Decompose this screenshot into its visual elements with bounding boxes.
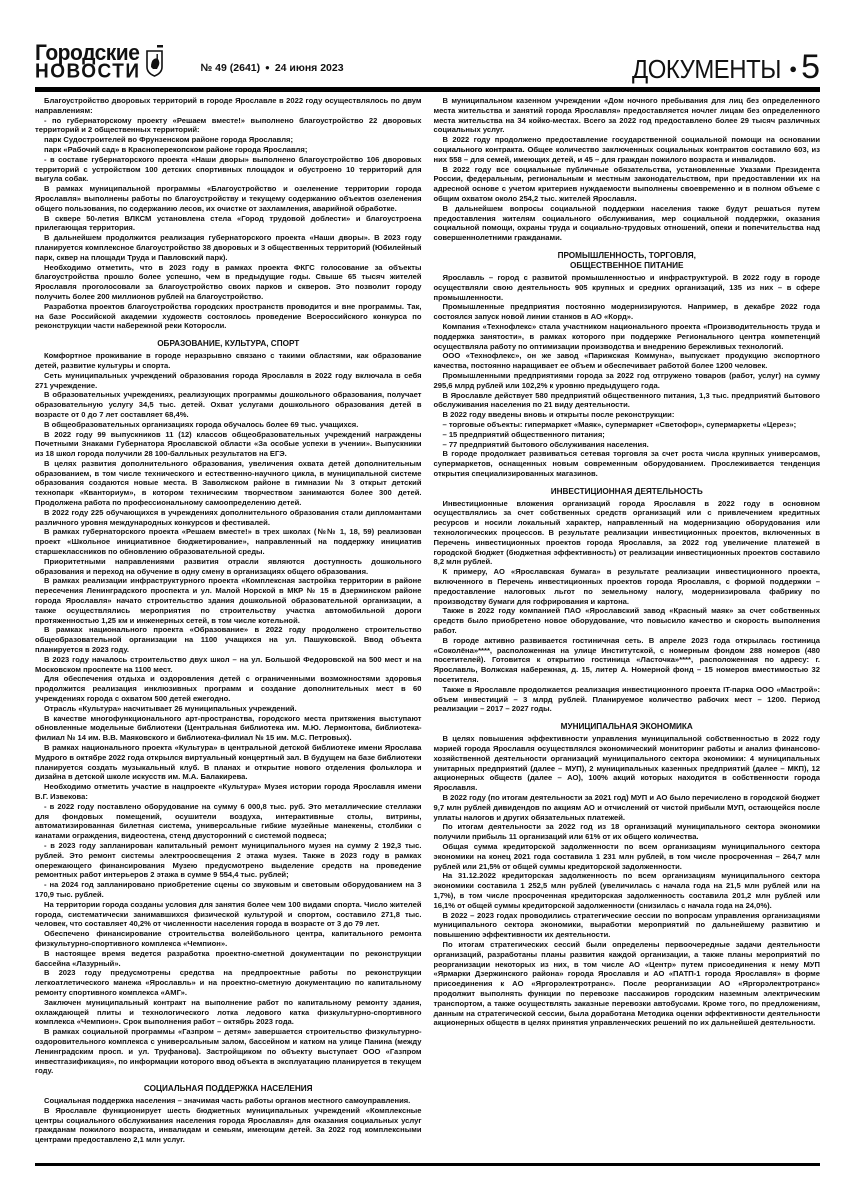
paragraph: В 2022 году продолжено предоставление го… [434, 135, 821, 164]
separator-dot: ● [263, 63, 272, 72]
issue-number: № 49 (2641) [201, 62, 261, 74]
section-heading: СОЦИАЛЬНАЯ ПОДДЕРЖКА НАСЕЛЕНИЯ [35, 1084, 422, 1094]
footer-rule [35, 1163, 820, 1166]
paragraph: Заключен муниципальный контракт на выпол… [35, 998, 422, 1027]
paragraph: К примеру, АО «Ярославская бумага» в рез… [434, 567, 821, 606]
paragraph: Также в 2022 году компанией ПАО «Ярослав… [434, 606, 821, 635]
paragraph: Разработка проектов благоустройства горо… [35, 302, 422, 331]
paragraph: В дальнейшем вопросы социальной поддержк… [434, 204, 821, 243]
yaroslavl-coat-of-arms-icon [146, 45, 163, 77]
page-number: 5 [801, 52, 820, 82]
paragraph: В качестве многофункционального арт-прос… [35, 714, 422, 743]
paragraph: В рамках социальной программы «Газпром –… [35, 1027, 422, 1076]
paragraph: В целях повышения эффективности управлен… [434, 734, 821, 793]
paragraph: В рамках губернаторского проекта «Решаем… [35, 527, 422, 556]
paragraph: В Ярославле функционирует шесть бюджетны… [35, 1106, 422, 1145]
paragraph: В 2022 году 99 выпускников 11 (12) класс… [35, 430, 422, 459]
paragraph: В настоящее время ведется разработка про… [35, 949, 422, 969]
paragraph: ООО «Технофлекс», он же завод «Парижская… [434, 351, 821, 371]
paragraph: В рамках реализации инфраструктурного пр… [35, 576, 422, 625]
section-heading: ОБРАЗОВАНИЕ, КУЛЬТУРА, СПОРТ [35, 339, 422, 349]
paragraph: Ярославль – город с развитой промышленно… [434, 273, 821, 302]
paragraph: В Ярославле действует 580 предприятий об… [434, 391, 821, 411]
paragraph: Для обеспечения отдыха и оздоровления де… [35, 674, 422, 703]
paragraph: Необходимо отметить участие в нацпроекте… [35, 782, 422, 802]
paragraph: – торговые объекты: гипермаркет «Маяк», … [434, 420, 821, 430]
paragraph: В образовательных учреждениях, реализующ… [35, 390, 422, 419]
section-label: ДОКУМЕНТЫ [632, 54, 781, 85]
paragraph: В 2022 году 225 обучающихся в учреждения… [35, 508, 422, 528]
paragraph: – 77 предприятий бытового обслуживания н… [434, 440, 821, 450]
paragraph: Отрасль «Культура» насчитывает 26 муници… [35, 704, 422, 714]
section-heading: ПРОМЫШЛЕННОСТЬ, ТОРГОВЛЯ,ОБЩЕСТВЕННОЕ ПИ… [434, 251, 821, 271]
paragraph: В общеобразовательных организациях город… [35, 420, 422, 430]
paragraph: - по губернаторскому проекту «Решаем вме… [35, 116, 422, 136]
section-heading: МУНИЦИПАЛЬНАЯ ЭКОНОМИКА [434, 722, 821, 732]
paragraph: В 2023 году предусмотрены средства на пр… [35, 968, 422, 997]
paragraph: - на 2024 год запланировано приобретение… [35, 880, 422, 900]
paragraph: В муниципальном казенном учреждении «Дом… [434, 96, 821, 135]
paragraph: В рамках муниципальной программы «Благоу… [35, 184, 422, 213]
paragraph: Комфортное проживание в городе неразрывн… [35, 351, 422, 371]
paragraph: - в 2023 году запланирован капитальный р… [35, 841, 422, 880]
paragraph: В 2022 году введены вновь и открыты посл… [434, 410, 821, 420]
paragraph: Промышленные предприятия постоянно модер… [434, 302, 821, 322]
paragraph: В 2023 году началось строительство двух … [35, 655, 422, 675]
paragraph: В дальнейшем продолжится реализация губе… [35, 233, 422, 262]
paragraph: В рамках национального проекта «Образова… [35, 625, 422, 654]
logo-text: Городские НОВОСТИ [35, 43, 141, 82]
paragraph: По итогам стратегических сессий были опр… [434, 940, 821, 1028]
article-body: Благоустройство дворовых территорий в го… [35, 96, 820, 1160]
paragraph: На 31.12.2022 кредиторская задолженность… [434, 871, 821, 910]
paragraph: Благоустройство дворовых территорий в го… [35, 96, 422, 116]
paragraph: Также в Ярославле продолжается реализаци… [434, 685, 821, 714]
paragraph: - в 2022 году поставлено оборудование на… [35, 802, 422, 841]
paragraph: Инвестиционные вложения организаций горо… [434, 499, 821, 568]
section-heading: ИНВЕСТИЦИОННАЯ ДЕЯТЕЛЬНОСТЬ [434, 487, 821, 497]
paragraph: В 2022 – 2023 годах проводились стратеги… [434, 911, 821, 940]
section-title: ДОКУМЕНТЫ ● 5 [619, 52, 820, 85]
paragraph: В сквере 50-летия ВЛКСМ установлена стел… [35, 214, 422, 234]
paragraph: На территории города созданы условия для… [35, 900, 422, 929]
paragraph: В целях развития дополнительного образов… [35, 459, 422, 508]
paragraph: Социальная поддержка населения – значима… [35, 1096, 422, 1106]
paragraph: В городе активно развивается гостиничная… [434, 636, 821, 685]
paragraph: Общая сумма кредиторской задолженности п… [434, 842, 821, 871]
paragraph: В городе продолжает развиваться сетевая … [434, 449, 821, 478]
paragraph: Необходимо отметить, что в 2023 году в р… [35, 263, 422, 302]
paragraph: В рамках национального проекта «Культура… [35, 743, 422, 782]
paragraph: Обеспечено финансирование строительства … [35, 929, 422, 949]
newspaper-logo: Городские НОВОСТИ [35, 44, 163, 81]
separator-dot: ● [789, 61, 797, 76]
issue-date: 24 июня 2023 [275, 62, 344, 74]
paragraph: Компания «Технофлекс» стала участником н… [434, 322, 821, 351]
paragraph: По итогам деятельности за 2022 год из 18… [434, 822, 821, 842]
paragraph: – 15 предприятий общественного питания; [434, 430, 821, 440]
page-header: Городские НОВОСТИ № 49 (2641) ● 24 июня … [35, 44, 820, 86]
paragraph: парк «Рабочий сад» в Красноперекопском р… [35, 145, 422, 155]
logo-line2: НОВОСТИ [35, 63, 141, 81]
paragraph: Сеть муниципальных учреждений образовани… [35, 371, 422, 391]
paragraph: парк Судостроителей во Фрунзенском район… [35, 135, 422, 145]
issue-info: № 49 (2641) ● 24 июня 2023 [201, 62, 344, 74]
paragraph: Промышленными предприятиями города за 20… [434, 371, 821, 391]
header-rule [35, 87, 820, 92]
paragraph: В 2022 году все социальные публичные обя… [434, 165, 821, 204]
paragraph: Приоритетными направлениями развития отр… [35, 557, 422, 577]
paragraph: В 2022 году (по итогам деятельности за 2… [434, 793, 821, 822]
newspaper-page: Городские НОВОСТИ № 49 (2641) ● 24 июня … [0, 0, 842, 1191]
paragraph: - в составе губернаторского проекта «Наш… [35, 155, 422, 184]
